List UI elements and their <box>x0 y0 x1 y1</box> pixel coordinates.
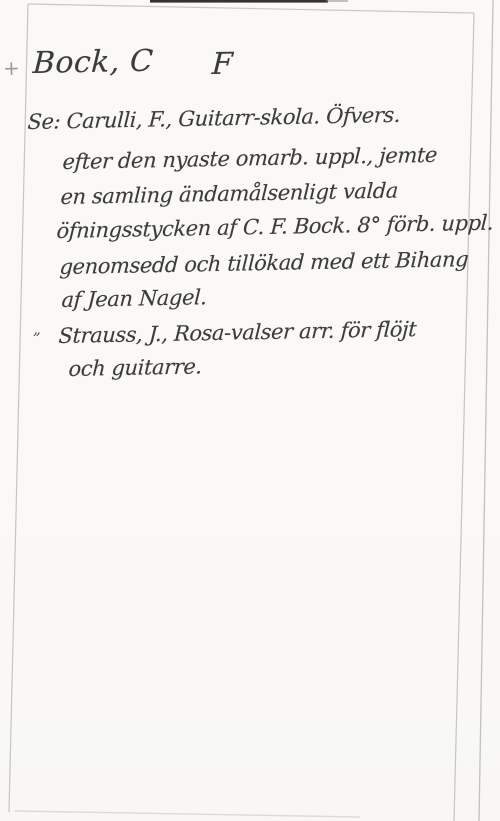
inner-right-margin-rule <box>454 13 474 821</box>
catalog-line: af Jean Nagel. <box>61 285 207 312</box>
catalog-line: en samling ändamålsenligt valda <box>60 178 399 209</box>
author-initial: F <box>211 47 234 82</box>
catalog-line: Strauss, J., Rosa-valser arr. för flöjt <box>58 317 417 348</box>
catalog-line: öfningsstycken af C. F. Bock. 8° förb. u… <box>56 211 494 243</box>
catalog-line: Se: Carulli, F., Guitarr-skola. Öfvers. <box>27 103 401 134</box>
left-margin-rule <box>9 4 28 812</box>
scan-artifact-strip-fade <box>326 0 348 2</box>
top-edge-rule <box>28 4 474 13</box>
plus-mark: + <box>3 56 21 81</box>
scan-artifact-strip <box>150 0 328 3</box>
bottom-edge-rule <box>15 811 360 817</box>
catalog-line: genomsedd och tillökad med ett Bihang <box>59 247 469 279</box>
author-heading: Bock, C <box>32 44 154 81</box>
catalog-card-scan: + Bock, C F Se: Carulli, F., Guitarr-sko… <box>0 0 500 821</box>
ditto-mark: „ <box>33 320 41 338</box>
catalog-line: efter den nyaste omarb. uppl., jemte <box>62 143 438 174</box>
outer-right-margin-rule <box>479 0 493 821</box>
catalog-line: och guitarre. <box>68 354 202 381</box>
